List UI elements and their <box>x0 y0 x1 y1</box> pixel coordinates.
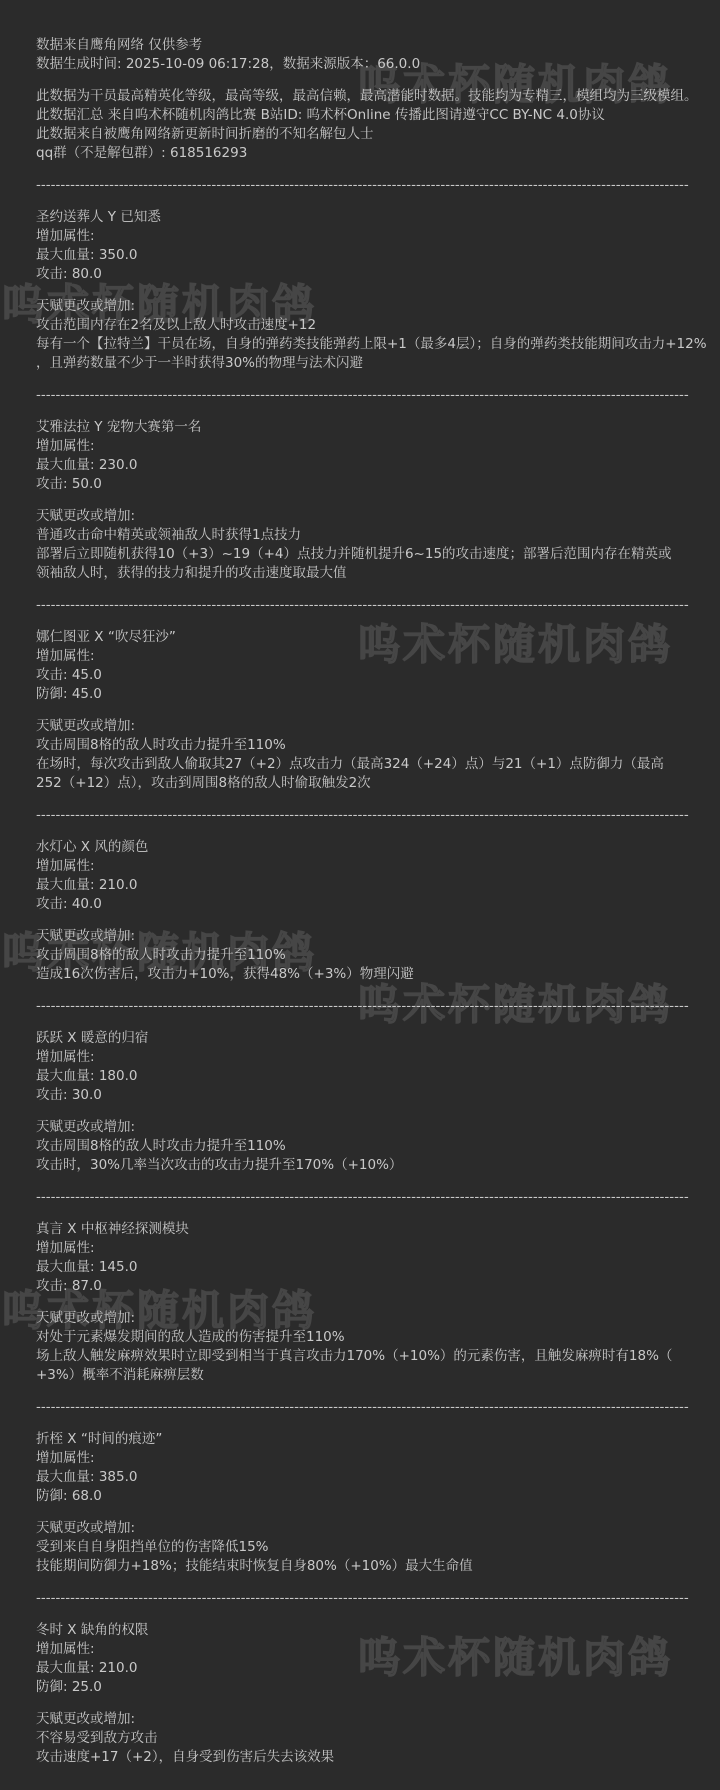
talent-header: 天赋更改或增加: <box>36 927 720 946</box>
header-line: 数据来自鹰角网络 仅供参考 <box>36 36 720 55</box>
blank-line <box>36 1417 720 1430</box>
talent-line: 252（+12）点），攻击到周围8格的敌人时偷取触发2次 <box>36 774 720 793</box>
blank-line <box>36 914 720 927</box>
talent-line: 部署后立即随机获得10（+3）~19（+4）点技力并随机提升6~15的攻击速度；… <box>36 545 720 564</box>
operator-title: 真言 X 中枢神经探测模块 <box>36 1220 720 1239</box>
operator-title: 跃跃 X 暖意的归宿 <box>36 1029 720 1048</box>
blank-line <box>36 615 720 628</box>
blank-line <box>36 1608 720 1621</box>
stat-line: 攻击: 40.0 <box>36 895 720 914</box>
talent-header: 天赋更改或增加: <box>36 1118 720 1137</box>
blank-line <box>36 1506 720 1519</box>
stat-line: 攻击: 45.0 <box>36 666 720 685</box>
header-line: 数据生成时间: 2025-10-09 06:17:28，数据来源版本：66.0.… <box>36 55 720 74</box>
attr-header: 增加属性: <box>36 227 720 246</box>
header-line: qq群（不是解包群）: 618516293 <box>36 144 720 163</box>
talent-line: +3%）概率不消耗麻痹层数 <box>36 1366 720 1385</box>
talent-header: 天赋更改或增加: <box>36 1710 720 1729</box>
blank-line <box>36 405 720 418</box>
operator-title: 水灯心 X 风的颜色 <box>36 838 720 857</box>
blank-line <box>36 373 720 386</box>
talent-header: 天赋更改或增加: <box>36 1309 720 1328</box>
separator: ----------------------------------------… <box>36 1188 720 1207</box>
stat-line: 防御: 68.0 <box>36 1487 720 1506</box>
operator-title: 折桎 X “时间的痕迹” <box>36 1430 720 1449</box>
stat-line: 最大血量: 385.0 <box>36 1468 720 1487</box>
attr-header: 增加属性: <box>36 857 720 876</box>
operator-title: 冬时 X 缺角的权限 <box>36 1621 720 1640</box>
talent-header: 天赋更改或增加: <box>36 717 720 736</box>
blank-line <box>36 793 720 806</box>
attr-header: 增加属性: <box>36 1239 720 1258</box>
attr-header: 增加属性: <box>36 437 720 456</box>
talent-line: 领袖敌人时，获得的技力和提升的攻击速度取最大值 <box>36 564 720 583</box>
document-content: 数据来自鹰角网络 仅供参考数据生成时间: 2025-10-09 06:17:28… <box>36 36 720 1767</box>
operator-title: 圣约送葬人 Y 已知悉 <box>36 208 720 227</box>
blank-line <box>36 163 720 176</box>
stat-line: 最大血量: 210.0 <box>36 876 720 895</box>
attr-header: 增加属性: <box>36 1449 720 1468</box>
blank-line <box>36 1697 720 1710</box>
talent-header: 天赋更改或增加: <box>36 1519 720 1538</box>
talent-line: 攻击周围8格的敌人时攻击力提升至110% <box>36 736 720 755</box>
blank-line <box>36 1105 720 1118</box>
separator: ----------------------------------------… <box>36 176 720 195</box>
talent-line: 受到来自自身阻挡单位的伤害降低15% <box>36 1538 720 1557</box>
header-line: 此数据汇总 来自呜术杯随机肉鸽比赛 B站ID: 呜术杯Online 传播此图请遵… <box>36 106 720 125</box>
talent-line: 攻击速度+17（+2），自身受到伤害后失去该效果 <box>36 1748 720 1767</box>
operator-title: 娜仁图亚 X “吹尽狂沙” <box>36 628 720 647</box>
talent-line: 每有一个【拉特兰】干员在场，自身的弹药类技能弹药上限+1（最多4层）；自身的弹药… <box>36 335 720 354</box>
talent-line: 攻击时，30%几率当次攻击的攻击力提升至170%（+10%） <box>36 1156 720 1175</box>
talent-line: 不容易受到敌方攻击 <box>36 1729 720 1748</box>
blank-line <box>36 195 720 208</box>
stat-line: 最大血量: 230.0 <box>36 456 720 475</box>
talent-line: ，且弹药数量不少于一半时获得30%的物理与法术闪避 <box>36 354 720 373</box>
stat-line: 防御: 45.0 <box>36 685 720 704</box>
attr-header: 增加属性: <box>36 1048 720 1067</box>
header-line: 此数据来自被鹰角网络新更新时间折磨的不知名解包人士 <box>36 125 720 144</box>
talent-header: 天赋更改或增加: <box>36 507 720 526</box>
talent-line: 攻击周围8格的敌人时攻击力提升至110% <box>36 946 720 965</box>
separator: ----------------------------------------… <box>36 1589 720 1608</box>
talent-line: 普通攻击命中精英或领袖敌人时获得1点技力 <box>36 526 720 545</box>
separator: ----------------------------------------… <box>36 806 720 825</box>
blank-line <box>36 704 720 717</box>
separator: ----------------------------------------… <box>36 596 720 615</box>
blank-line <box>36 1175 720 1188</box>
blank-line <box>36 1296 720 1309</box>
separator: ----------------------------------------… <box>36 386 720 405</box>
document-canvas: 呜术杯随机肉鸽呜术杯随机肉鸽呜术杯随机肉鸽呜术杯随机肉鸽呜术杯随机肉鸽呜术杯随机… <box>0 0 720 1790</box>
blank-line <box>36 583 720 596</box>
talent-line: 攻击周围8格的敌人时攻击力提升至110% <box>36 1137 720 1156</box>
stat-line: 最大血量: 145.0 <box>36 1258 720 1277</box>
blank-line <box>36 284 720 297</box>
talent-line: 攻击范围内存在2名及以上敌人时攻击速度+12 <box>36 316 720 335</box>
separator: ----------------------------------------… <box>36 997 720 1016</box>
blank-line <box>36 74 720 87</box>
blank-line <box>36 1016 720 1029</box>
stat-line: 最大血量: 210.0 <box>36 1659 720 1678</box>
talent-line: 对处于元素爆发期间的敌人造成的伤害提升至110% <box>36 1328 720 1347</box>
header-line: 此数据为干员最高精英化等级，最高等级，最高信赖，最高潜能时数据。技能均为专精三，… <box>36 87 720 106</box>
talent-line: 在场时，每次攻击到敌人偷取其27（+2）点攻击力（最高324（+24）点）与21… <box>36 755 720 774</box>
talent-line: 造成16次伤害后，攻击力+10%，获得48%（+3%）物理闪避 <box>36 965 720 984</box>
talent-line: 场上敌人触发麻痹效果时立即受到相当于真言攻击力170%（+10%）的元素伤害，且… <box>36 1347 720 1366</box>
stat-line: 防御: 25.0 <box>36 1678 720 1697</box>
attr-header: 增加属性: <box>36 647 720 666</box>
blank-line <box>36 1207 720 1220</box>
stat-line: 攻击: 50.0 <box>36 475 720 494</box>
stat-line: 最大血量: 350.0 <box>36 246 720 265</box>
blank-line <box>36 825 720 838</box>
attr-header: 增加属性: <box>36 1640 720 1659</box>
operator-title: 艾雅法拉 Y 宠物大赛第一名 <box>36 418 720 437</box>
stat-line: 攻击: 30.0 <box>36 1086 720 1105</box>
stat-line: 最大血量: 180.0 <box>36 1067 720 1086</box>
stat-line: 攻击: 87.0 <box>36 1277 720 1296</box>
stat-line: 攻击: 80.0 <box>36 265 720 284</box>
blank-line <box>36 494 720 507</box>
talent-header: 天赋更改或增加: <box>36 297 720 316</box>
blank-line <box>36 1576 720 1589</box>
blank-line <box>36 1385 720 1398</box>
talent-line: 技能期间防御力+18%；技能结束时恢复自身80%（+10%）最大生命值 <box>36 1557 720 1576</box>
separator: ----------------------------------------… <box>36 1398 720 1417</box>
blank-line <box>36 984 720 997</box>
